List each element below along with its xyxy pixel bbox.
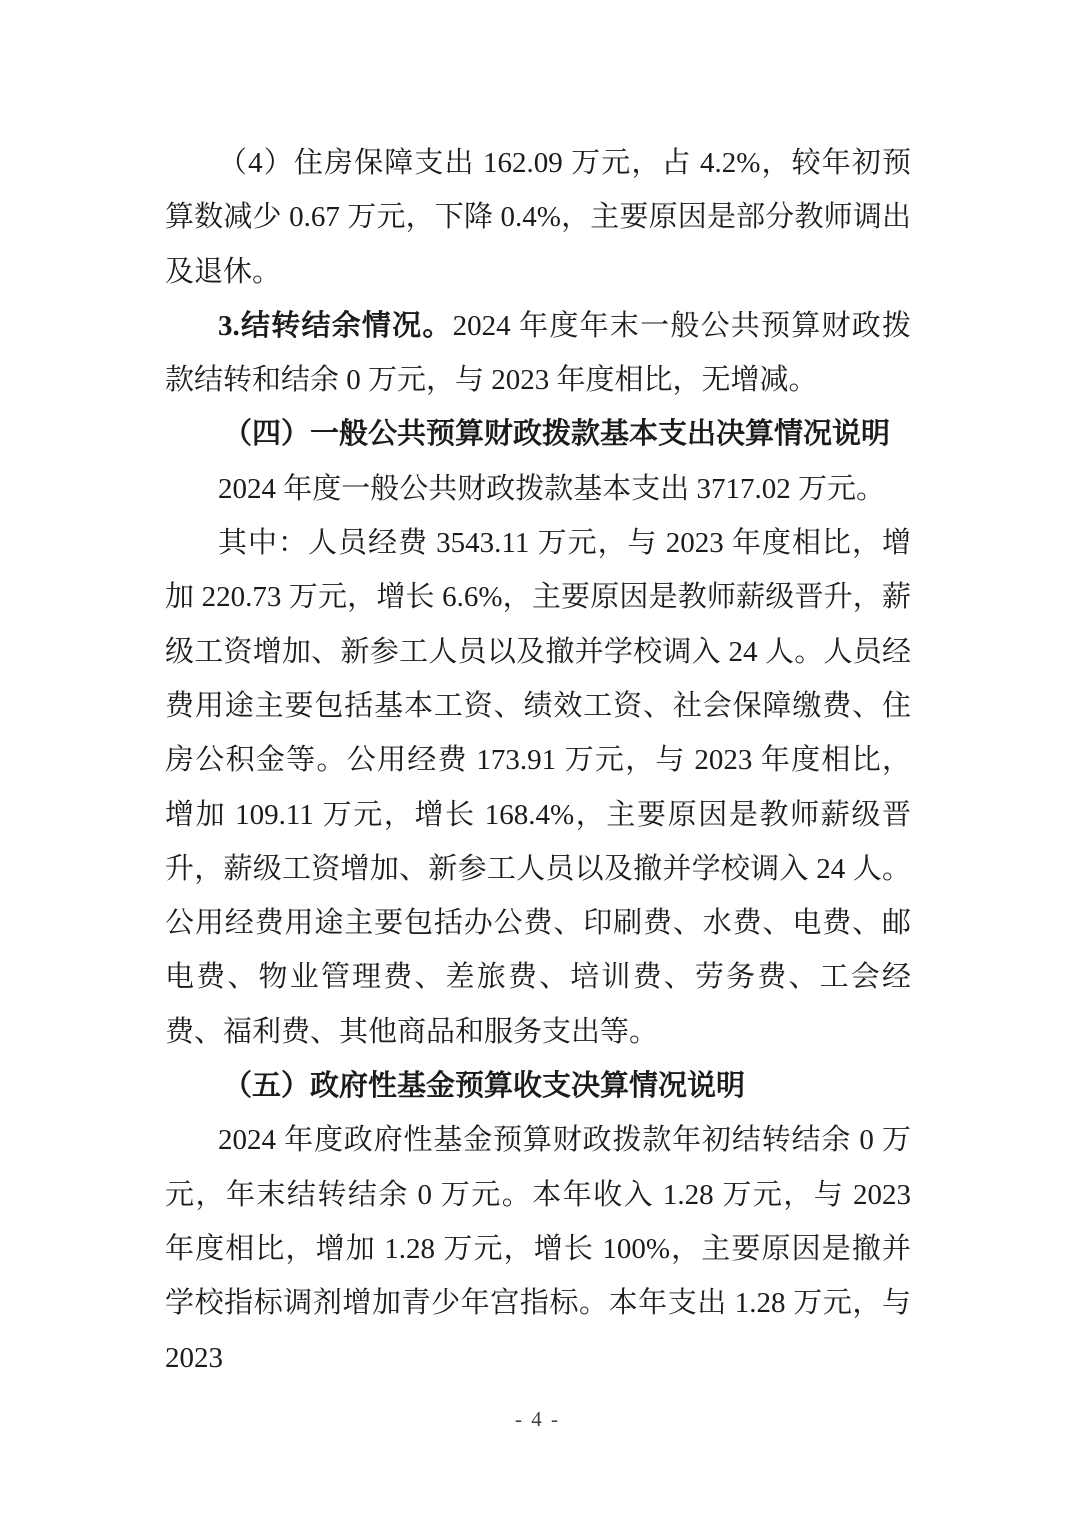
paragraph: 3.结转结余情况。2024 年度年末一般公共预算财政拨款结转和结余 0 万元，与… (165, 299, 911, 408)
text-run: （4）住房保障支出 162.09 万元，占 4.2%，较年初预算数减少 0.67… (165, 147, 911, 288)
document-page: （4）住房保障支出 162.09 万元，占 4.2%，较年初预算数减少 0.67… (0, 0, 1075, 1520)
document-body: （4）住房保障支出 162.09 万元，占 4.2%，较年初预算数减少 0.67… (165, 136, 911, 1385)
bold-text-run: （四）一般公共预算财政拨款基本支出决算情况说明 (223, 418, 890, 450)
section-heading: （五）政府性基金预算收支决算情况说明 (165, 1059, 911, 1113)
section-heading: （四）一般公共预算财政拨款基本支出决算情况说明 (165, 407, 911, 461)
paragraph: 2024 年度政府性基金预算财政拨款年初结转结余 0 万元，年末结转结余 0 万… (165, 1113, 911, 1384)
text-run: 2024 年度一般公共财政拨款基本支出 3717.02 万元。 (218, 473, 885, 505)
paragraph: 2024 年度一般公共财政拨款基本支出 3717.02 万元。 (165, 462, 911, 516)
text-run: 2024 年度政府性基金预算财政拨款年初结转结余 0 万元，年末结转结余 0 万… (165, 1124, 911, 1373)
text-run: 其中：人员经费 3543.11 万元，与 2023 年度相比，增加 220.73… (165, 527, 911, 1048)
page-number: - 4 - (0, 1406, 1075, 1432)
bold-text-run: （五）政府性基金预算收支决算情况说明 (223, 1070, 745, 1102)
paragraph: （4）住房保障支出 162.09 万元，占 4.2%，较年初预算数减少 0.67… (165, 136, 911, 299)
paragraph: 其中：人员经费 3543.11 万元，与 2023 年度相比，增加 220.73… (165, 516, 911, 1059)
bold-text-run: 3.结转结余情况。 (218, 310, 453, 342)
